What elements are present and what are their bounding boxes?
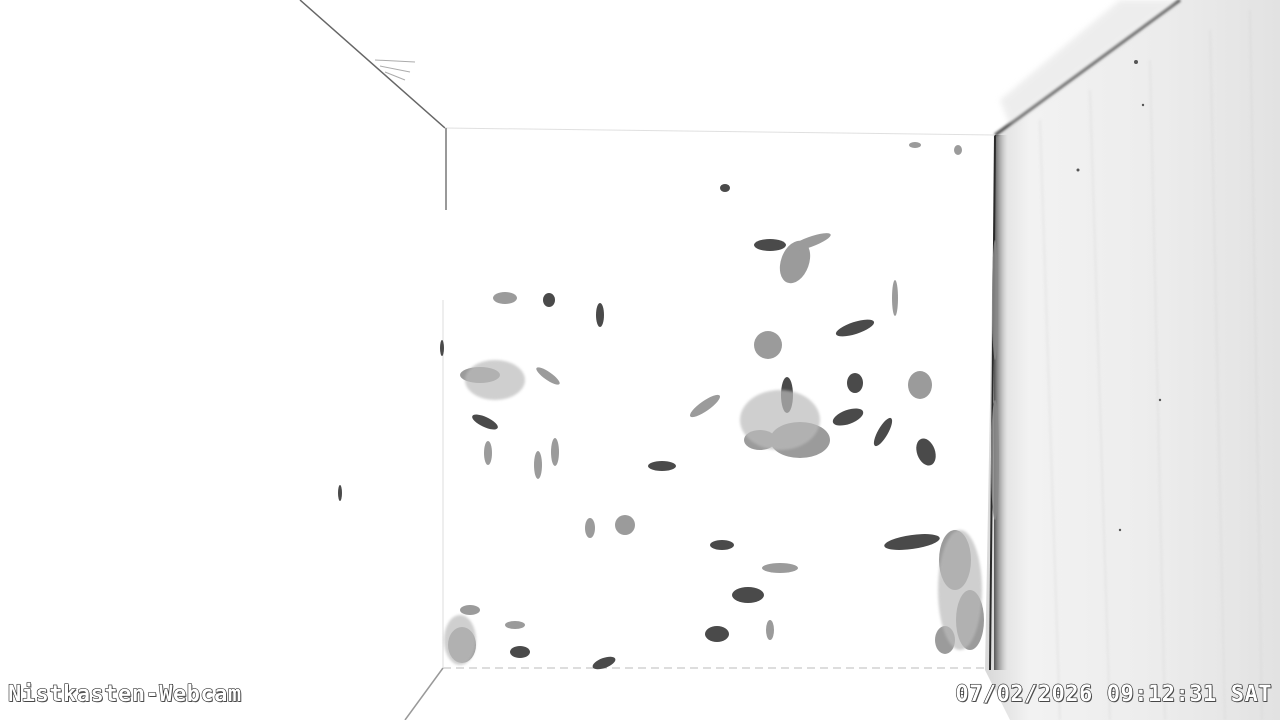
- osd-date: 07/02/2026: [955, 684, 1092, 706]
- webcam-feed: Nistkasten-Webcam 07/02/2026 09:12:31 SA…: [0, 0, 1280, 720]
- timestamp-overlay: 07/02/2026 09:12:31 SAT: [955, 684, 1272, 706]
- nest-debris: [338, 142, 999, 672]
- right-wall: [985, 0, 1280, 720]
- nest-box-image: [0, 0, 1280, 720]
- osd-time: 09:12:31: [1107, 684, 1217, 706]
- osd-weekday: SAT: [1231, 684, 1272, 706]
- camera-name-overlay: Nistkasten-Webcam: [8, 684, 242, 706]
- top-left-edge: [300, 0, 995, 210]
